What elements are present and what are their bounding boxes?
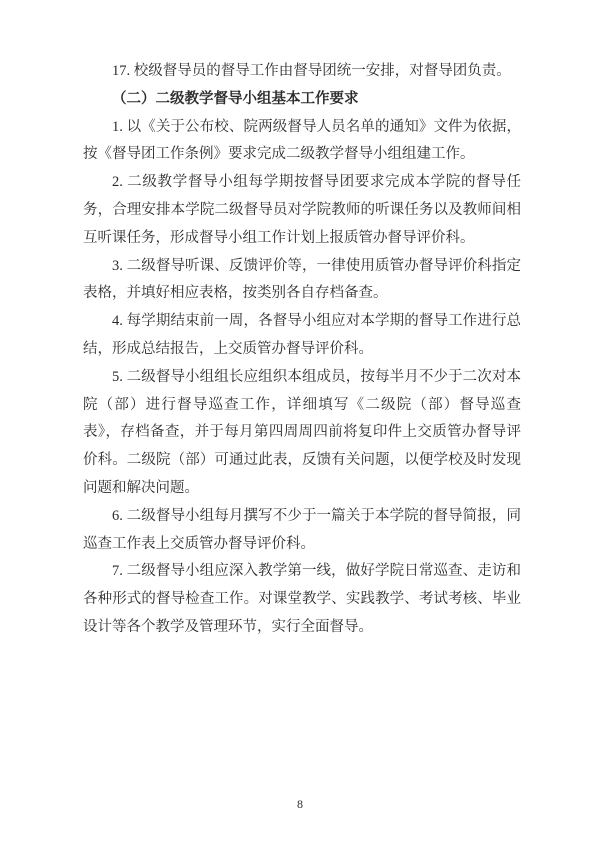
paragraph-item-2: 2. 二级教学督导小组每学期按督导团要求完成本学院的督导任务，合理安排本学院二级… [83, 169, 521, 252]
paragraph-item-4: 4. 每学期结束前一周，各督导小组应对本学期的督导工作进行总结，形成总结报告，上… [83, 308, 521, 364]
paragraph-item-7: 7. 二级督导小组应深入教学第一线，做好学院日常巡查、走访和各种形式的督导检查工… [83, 558, 521, 641]
page-number: 8 [0, 797, 600, 812]
document-body: 17. 校级督导员的督导工作由督导团统一安排，对督导团负责。 （二）二级教学督导… [83, 58, 521, 642]
paragraph-item-6: 6. 二级督导小组每月撰写不少于一篇关于本学院的督导简报，同巡查工作表上交质管办… [83, 503, 521, 559]
paragraph-item-1: 1. 以《关于公布校、院两级督导人员名单的通知》文件为依据，按《督导团工作条例》… [83, 114, 521, 170]
document-page: 17. 校级督导员的督导工作由督导团统一安排，对督导团负责。 （二）二级教学督导… [0, 0, 600, 848]
section-heading: （二）二级教学督导小组基本工作要求 [83, 86, 521, 114]
paragraph-item-5: 5. 二级督导小组组长应组织本组成员，按每半月不少于二次对本院（部）进行督导巡查… [83, 364, 521, 503]
paragraph-item-17: 17. 校级督导员的督导工作由督导团统一安排，对督导团负责。 [83, 58, 521, 86]
paragraph-item-3: 3. 二级督导听课、反馈评价等，一律使用质管办督导评价科指定表格，并填好相应表格… [83, 253, 521, 309]
